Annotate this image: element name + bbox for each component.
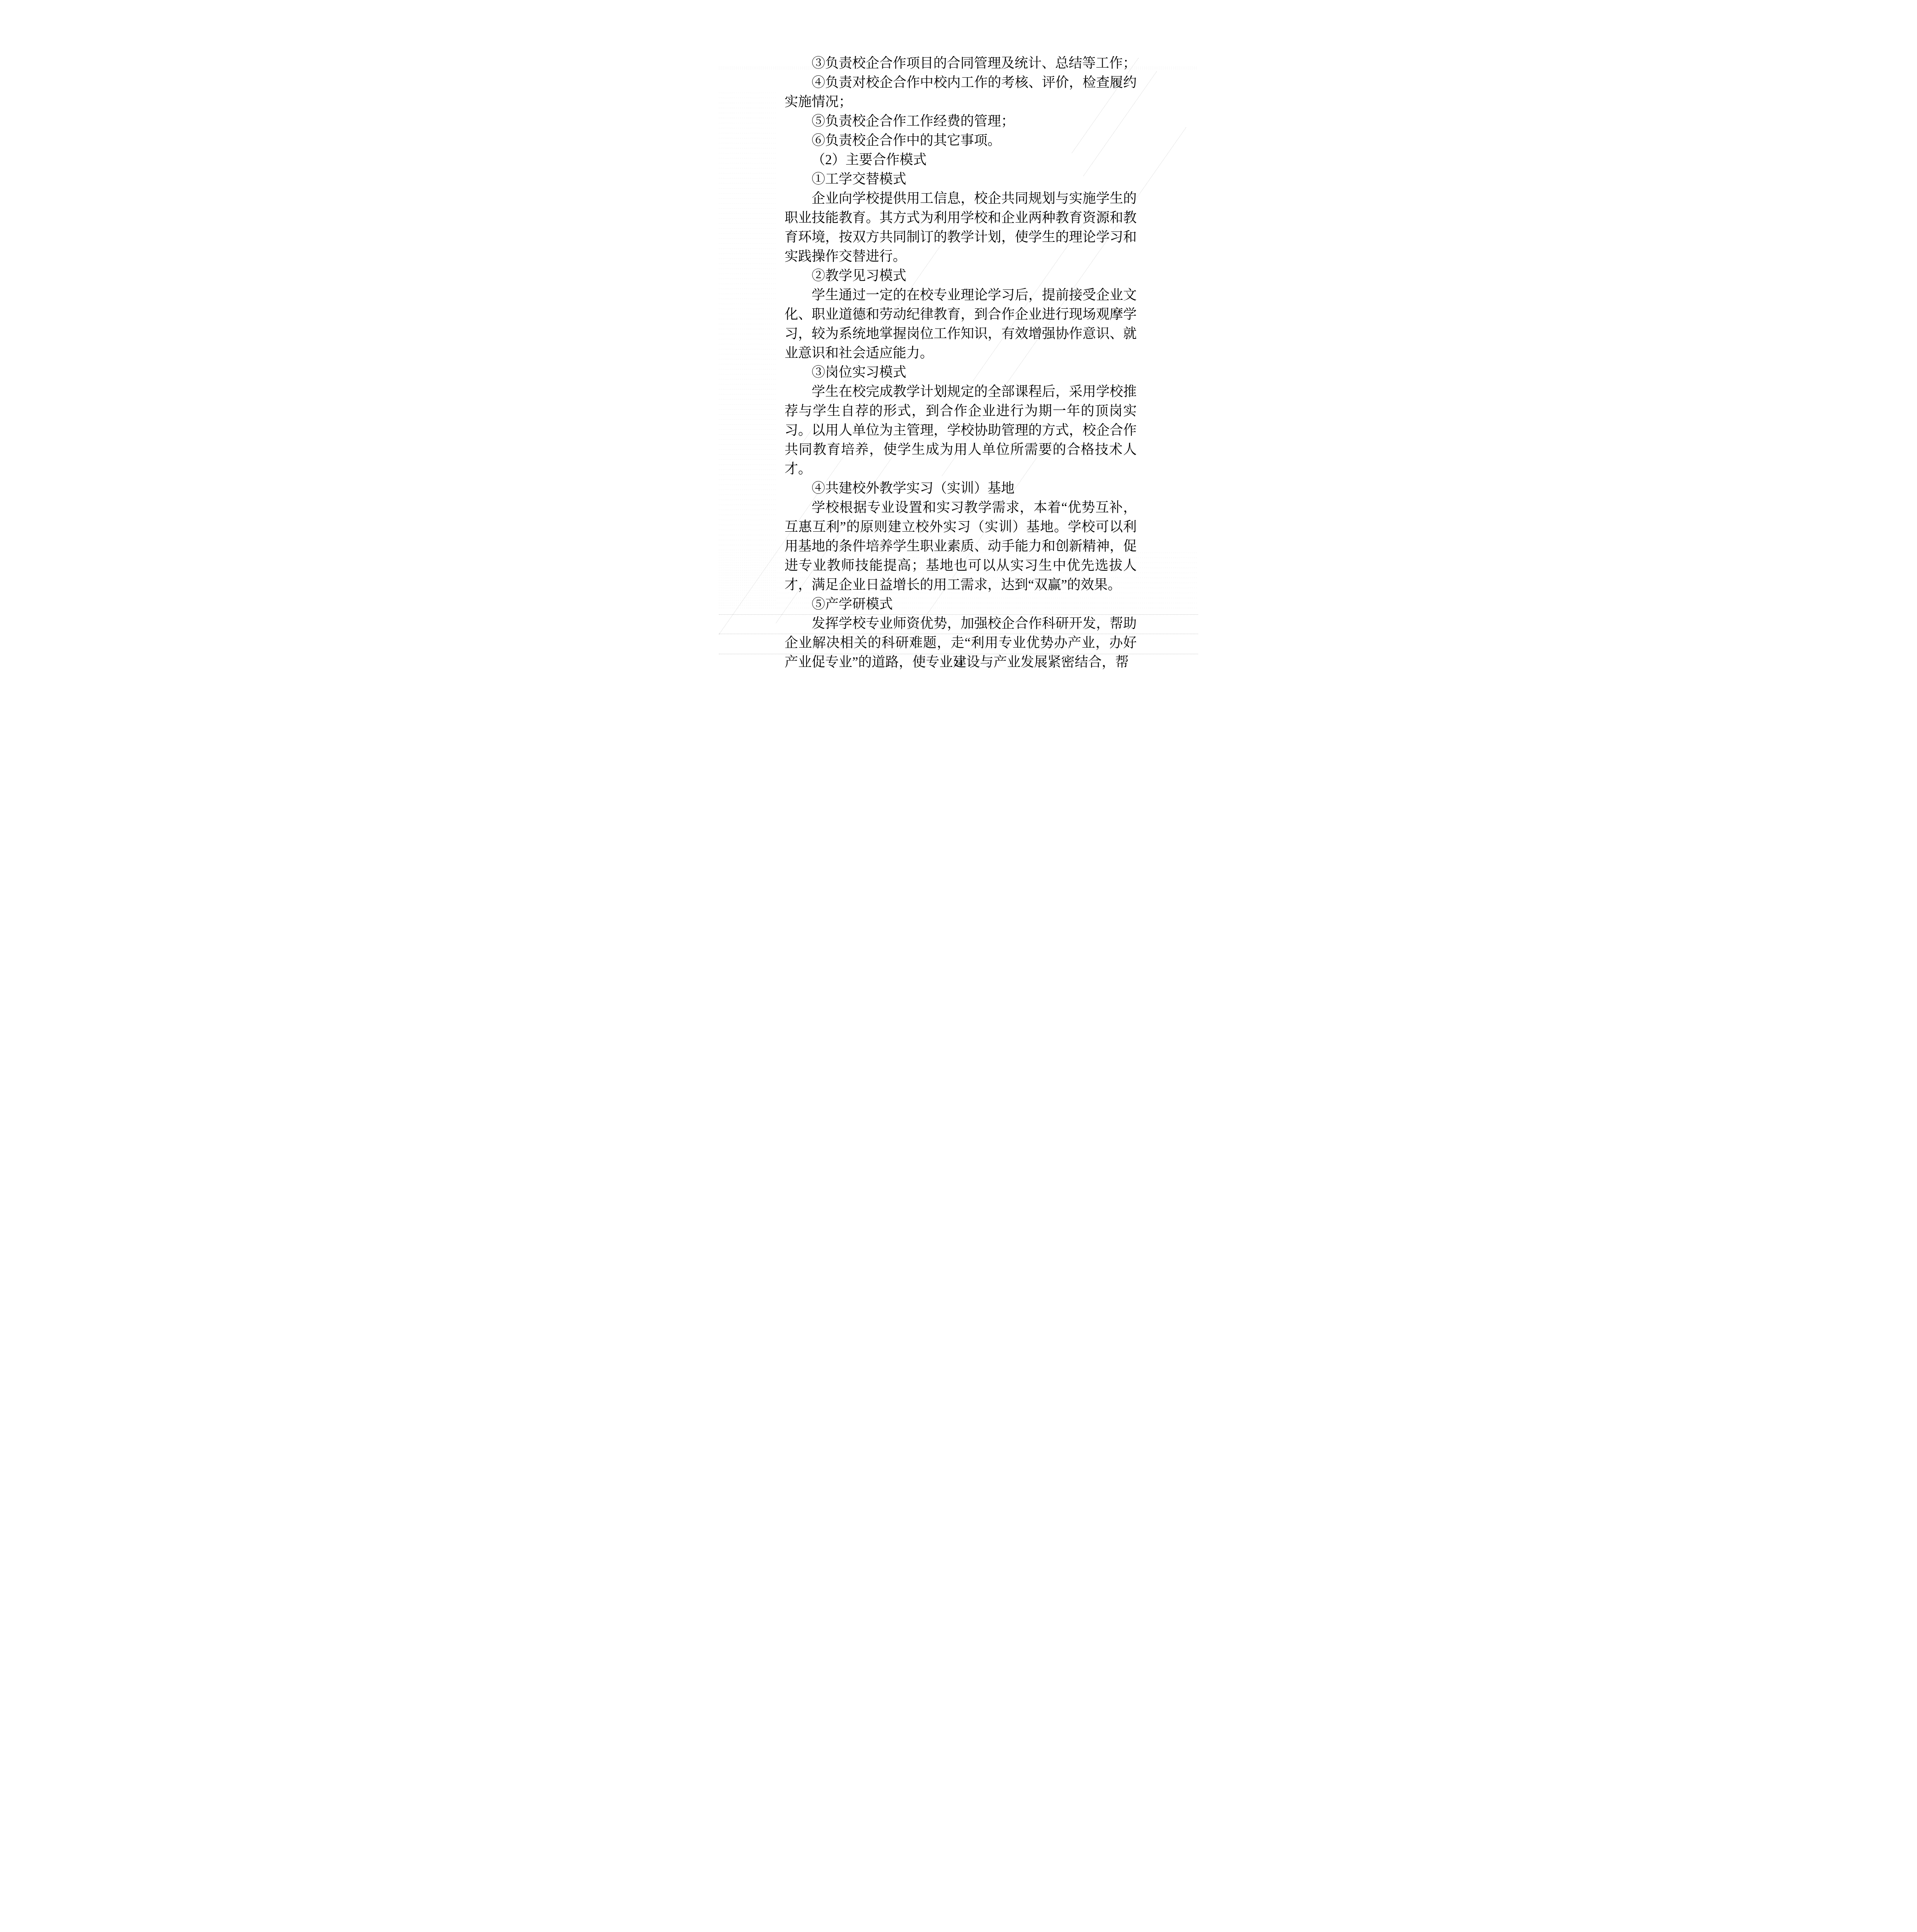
document-text-block: ③负责校企合作项目的合同管理及统计、总结等工作； ④负责对校企合作中校内工作的考… <box>785 54 1137 672</box>
item-assessment-evaluation: ④负责对校企合作中校内工作的考核、评价，检查履约实施情况； <box>785 73 1137 112</box>
para-off-campus-base: 学校根据专业设置和实习教学需求，本着“优势互补，互惠互利”的原则建立校外实习（实… <box>785 498 1137 595</box>
heading-work-study-alternation: ①工学交替模式 <box>785 170 1137 189</box>
heading-main-cooperation-modes: （2）主要合作模式 <box>785 150 1137 170</box>
para-work-study-alternation: 企业向学校提供用工信息，校企共同规划与实施学生的职业技能教育。其方式为利用学校和… <box>785 189 1137 266</box>
item-funds-management: ⑤负责校企合作工作经费的管理； <box>785 112 1137 131</box>
heading-teaching-observation: ②教学见习模式 <box>785 266 1137 286</box>
para-teaching-observation: 学生通过一定的在校专业理论学习后，提前接受企业文化、职业道德和劳动纪律教育，到合… <box>785 286 1137 363</box>
heading-off-campus-base: ④共建校外教学实习（实训）基地 <box>785 479 1137 498</box>
document-page: ③负责校企合作项目的合同管理及统计、总结等工作； ④负责对校企合作中校内工作的考… <box>719 0 1198 678</box>
heading-post-internship: ③岗位实习模式 <box>785 363 1137 382</box>
para-post-internship: 学生在校完成教学计划规定的全部课程后，采用学校推荐与学生自荐的形式，到合作企业进… <box>785 382 1137 479</box>
page-number: 24 <box>719 658 1198 668</box>
scan-noise-left-margin <box>719 93 776 607</box>
item-contract-management: ③负责校企合作项目的合同管理及统计、总结等工作； <box>785 54 1137 73</box>
item-other-matters: ⑥负责校企合作中的其它事项。 <box>785 131 1137 150</box>
heading-industry-study-research: ⑤产学研模式 <box>785 595 1137 614</box>
